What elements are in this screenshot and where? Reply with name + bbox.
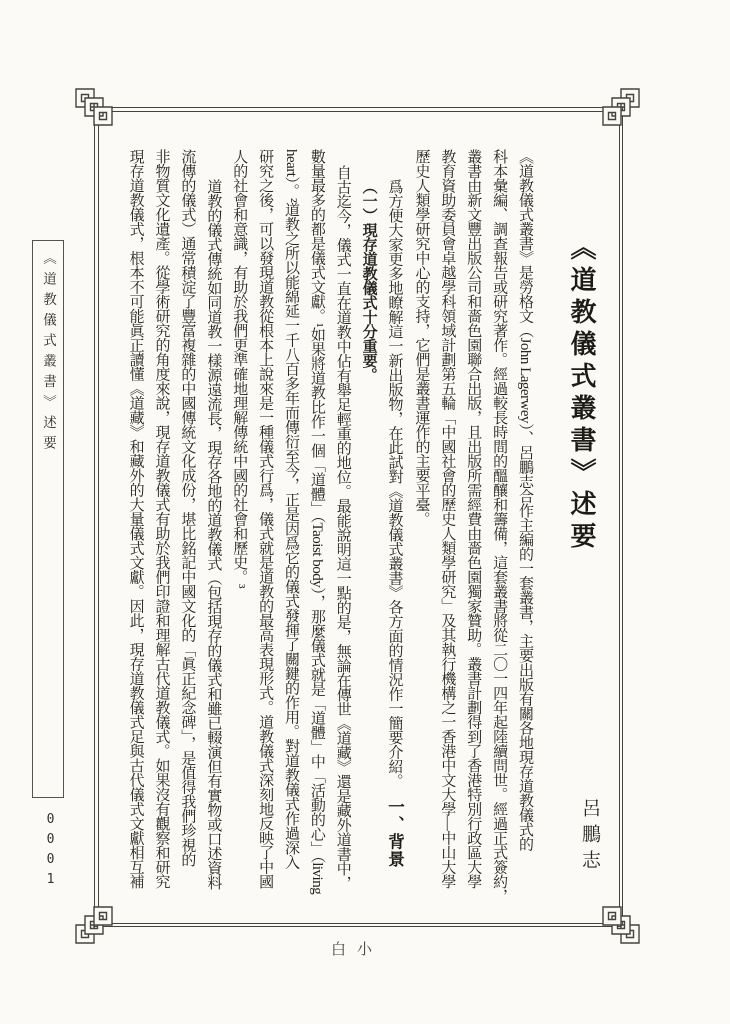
text-column: 人的社會和意識，有助於我們更準確地理解傳統中國的社會和歷史。³ [225, 149, 251, 588]
author-name: 呂鵬志 [574, 798, 604, 898]
scanned-book-page: 《道教儀式叢書》述要 呂鵬志 《道教儀式叢書》是勞格文（John Lagerwe… [0, 0, 730, 1024]
text-column: 叢書由新文豐出版公司和嗇色園聯合出版，且出版所需經費由嗇色園獨家贊助。叢書計劃得… [459, 149, 485, 889]
text-column: 非物質文化遺產。從學術研究的角度來說，現存道教儀式有助於我們印證和理解古代道教儀… [148, 149, 174, 889]
text-column: 流傳的儀式）通常積淀了豐富複雜的中國傳統文化成份，堪比銘記中國文化的「眞正紀念碑… [174, 149, 200, 867]
text-column: 爲方便大家更多地瞭解這一新出版物，在此試對《道教儀式叢書》各方面的情況作一簡要介… [381, 149, 407, 788]
text-column: 歷史人類學研究中心的支持，它們是叢書運作的主要平臺。 [408, 149, 434, 526]
section-heading: 一、背景 [382, 792, 408, 868]
page-title: 《道教儀式叢書》述要 [563, 234, 599, 624]
text-column: heart）。²道教之所以能綿延一千八百多年而傳衍至今，正是因爲它的儀式發揮了關… [277, 149, 303, 869]
subsection-heading: （一）現存道教儀式十分重要。 [355, 149, 381, 382]
text-column: 自古迄今，儀式一直在道教中佔有舉足輕重的地位。最能說明這一點的是，無論在傳世《道… [329, 149, 355, 890]
printer-mark: 白小 [0, 938, 714, 959]
text-column: 現存道教儀式，根本不可能眞正讀懂《道藏》和藏外的大量儀式文獻。因此，現存道教儀式… [122, 149, 148, 889]
text-column: 教育資助委員會卓越學科領域計劃第五輪「中國社會的歷史人類學研究」及其執行機構之一… [433, 149, 459, 889]
running-title-box: 《道教儀式叢書》述要 [32, 240, 64, 798]
corner-knot-icon [600, 86, 642, 128]
text-column: 科本彙編、調查報告或研究著作。經過較長時間的醞釀和籌備，這套叢書將從二〇一四年起… [485, 149, 511, 903]
corner-knot-icon [73, 86, 115, 128]
page-number: 0001 [36, 812, 58, 912]
text-column: 研究之後，可以發現道教從根本上說來是一種儀式行爲，儀式就是道教的最高表現形式。道… [251, 149, 277, 889]
text-column: 數量最多的都是儀式文獻。¹如果將道教比作一個「道體」（Taoist body），… [303, 149, 329, 894]
article-body: 《道教儀式叢書》是勞格文（John Lagerwey）、呂鵬志合作主編的一套叢書… [96, 149, 537, 915]
text-column: 《道教儀式叢書》是勞格文（John Lagerwey）、呂鵬志合作主編的一套叢書… [511, 149, 537, 851]
running-title: 《道教儀式叢書》述要 [38, 251, 58, 456]
text-column: 道教的儀式傳統如同道教一樣源遠流長，現存各地的道教儀式（包括現存的儀式和雖已輟演… [199, 149, 225, 890]
